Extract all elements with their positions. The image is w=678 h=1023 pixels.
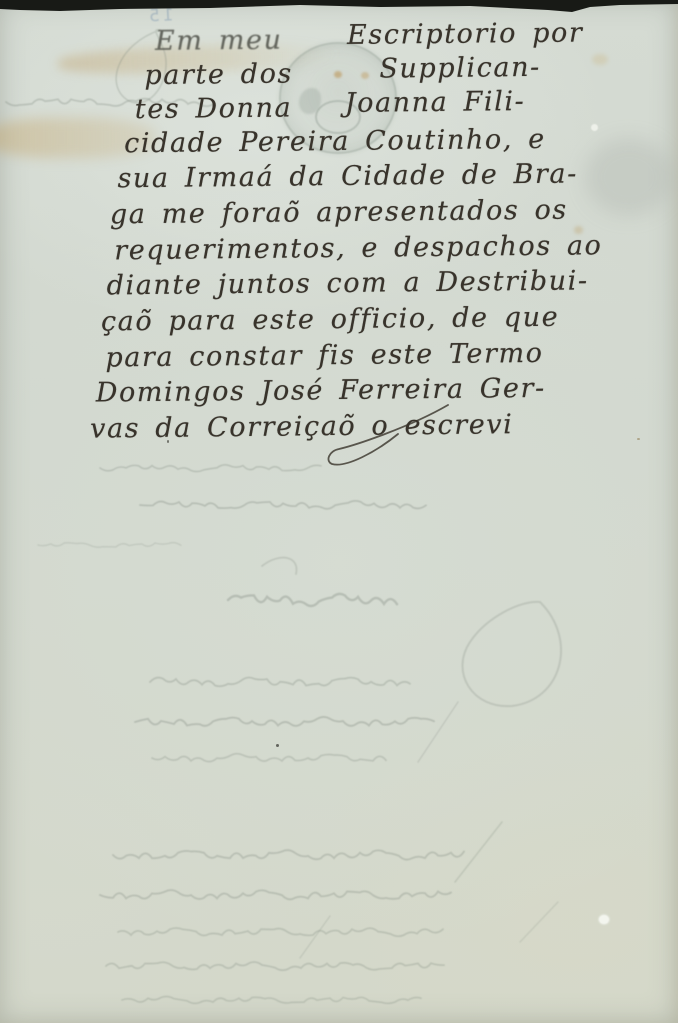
signature-flourish [0,0,678,1023]
scanned-manuscript-page: 15 Em meu Escriptorio por parte dos Supp… [0,0,678,1023]
scan-edge-top [0,0,678,18]
